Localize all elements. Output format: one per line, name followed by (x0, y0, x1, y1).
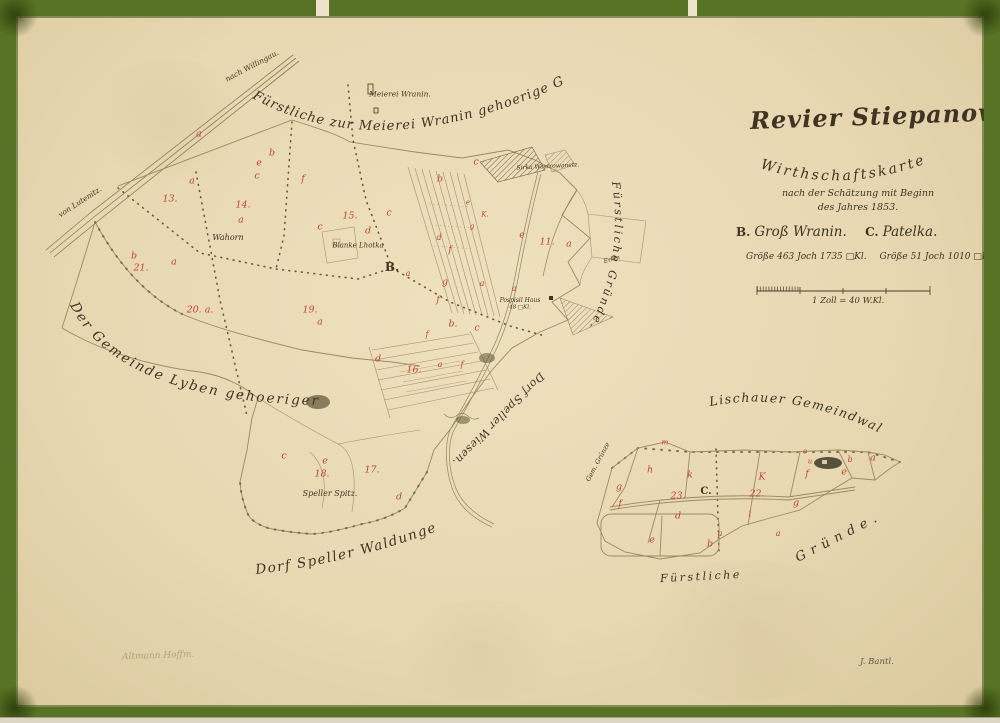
section-key-c: C. (865, 225, 879, 239)
section-name-b: Groß Wranin. (754, 224, 846, 240)
label-gruende-bottom: Gründe. (793, 509, 885, 566)
area-size-b: Größe 463 Joch 1735 □Kl. (746, 252, 867, 262)
section-key-line: B.Groß Wranin. C.Patelka. (736, 224, 937, 240)
title-arch-wirthschaftskarte: Wirthschaftskarte (759, 152, 928, 185)
road-lines (46, 55, 299, 257)
title-subline-1: nach der Schätzung mit Beginn (748, 188, 968, 199)
section-key-b: B. (736, 225, 750, 239)
area-size-line: Größe 463 Joch 1735 □Kl. Größe 51 Joch 1… (746, 252, 994, 262)
small-map-outline (597, 442, 900, 559)
map-sheet: Fürstliche zur Meierei Wranin gehoerige … (0, 0, 1000, 723)
scale-label: 1 Zoll = 40 W.Kl. (812, 296, 884, 306)
label-fuerstliche-top: Fürstliche zur Meierei Wranin gehoerige … (0, 0, 567, 134)
title-subline-2: des Jahres 1853. (748, 202, 968, 213)
hatched-areas (306, 147, 613, 424)
section-name-c: Patelka. (883, 224, 938, 240)
scale-bar (757, 286, 930, 295)
label-gemeinde-lyben: Der Gemeinde Lyben gehoeriger Wald. (0, 0, 320, 409)
area-size-c: Größe 51 Joch 1010 □Kl. (879, 252, 994, 262)
tree-tick-marks (95, 222, 900, 534)
cartographer-signature: J. Bantl. (860, 657, 894, 667)
dotted-boundaries (118, 85, 719, 553)
